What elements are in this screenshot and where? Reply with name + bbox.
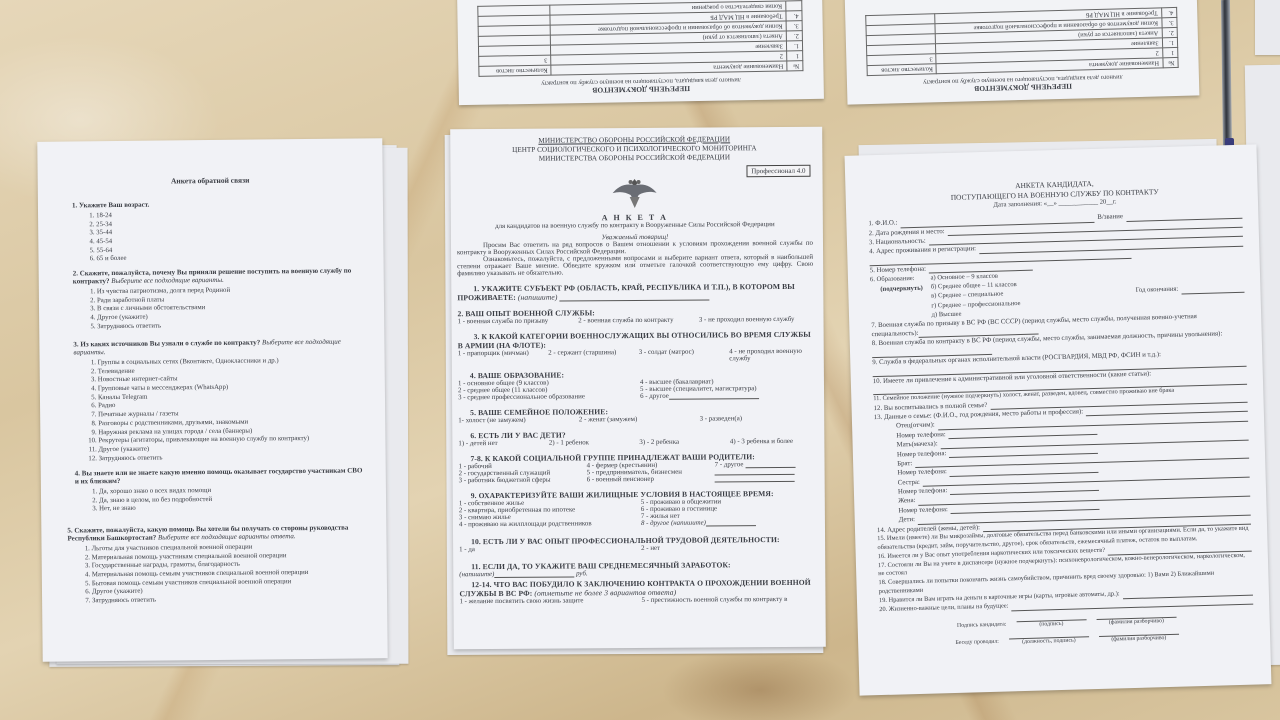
option[interactable]: 2 - военная служба по контракту xyxy=(578,317,693,325)
rank-label: В/звание xyxy=(1097,212,1123,222)
option[interactable]: Затрудняюсь ответить xyxy=(92,595,367,607)
option[interactable]: 1 - желание посвятить свою жизнь защите xyxy=(459,597,633,605)
option[interactable]: 3 - среднее профессиональное образование xyxy=(458,393,632,401)
option[interactable]: 3 - не проходил военную службу xyxy=(699,316,814,324)
question-12-14-options: 1 - желание посвятить свою жизнь защите … xyxy=(459,596,815,605)
family-fields: Отец(отчим): Номер телефона: Мать(мачеха… xyxy=(874,412,1251,526)
option[interactable]: 6 - другое xyxy=(640,392,814,400)
option[interactable]: 1 - военная служба по призыву xyxy=(458,317,573,325)
col-number: 3 xyxy=(479,55,551,66)
question-2-options: 1 - военная служба по призыву 2 - военна… xyxy=(458,316,814,325)
option[interactable]: 5 - престижность военной службы по контр… xyxy=(641,596,815,604)
option[interactable]: 1 - да xyxy=(459,545,633,553)
question-2: 2. Скажите, пожалуйста, почему Вы принял… xyxy=(73,266,365,331)
question-6-options: 1) - детей нет 2) - 1 ребенок 3) - 2 реб… xyxy=(458,438,814,447)
col-number: 1 xyxy=(1162,47,1178,57)
options-list: 18-24 25-34 35-44 45-54 55-64 65 и более xyxy=(72,209,364,264)
col-number: 3 xyxy=(867,54,937,66)
salary-input-row: (напишите) руб. xyxy=(459,569,815,578)
question-hint: Выберите все подходящие варианты. xyxy=(111,276,224,285)
option[interactable]: 4) - 3 ребенка и более xyxy=(730,438,815,446)
other-input-line[interactable] xyxy=(715,475,795,483)
option[interactable]: 4 - не проходил военную службу xyxy=(729,348,814,363)
question-5: 5. Скажите, пожалуйста, какую помощь Вы … xyxy=(67,523,367,606)
col-header: № xyxy=(1162,57,1178,67)
candidate-signature-row: Подпись кандидата: (подпись) (фамилия ра… xyxy=(880,614,1254,633)
option[interactable]: Затрудняюсь ответить xyxy=(97,320,364,331)
question-1-title: 1. УКАЖИТЕ СУБЪЕКТ РФ (ОБЛАСТЬ, КРАЙ, РЕ… xyxy=(457,282,813,302)
question-7-8-options: 1 - рабочий 4 - фермер (крестьянин) 7 - … xyxy=(459,461,815,484)
option[interactable]: 1 - прапорщик (мичман) xyxy=(458,350,543,365)
question-1: 1. Укажите Ваш возраст. 18-24 25-34 35-4… xyxy=(72,198,364,264)
question-10-options: 1 - да 2 - нет xyxy=(459,544,815,553)
options-list: Группы в социальных сетях (Вконтакте, Од… xyxy=(74,356,366,463)
partial-sheet-top-right xyxy=(1255,0,1280,55)
col-header: Количество листов xyxy=(479,65,551,76)
option[interactable]: 2 - женат (замужем) xyxy=(579,416,694,424)
question-text: Укажите Ваш возраст. xyxy=(79,201,150,210)
option[interactable]: 1) - детей нет xyxy=(458,440,543,448)
col-number: 1 xyxy=(786,51,802,61)
option[interactable]: 2 - сержант (старшина) xyxy=(548,349,633,364)
document-list-content: ПЕРЕЧЕНЬ ДОКУМЕНТОВ личного дела кандида… xyxy=(845,0,1200,105)
candidate-survey-sheet: Профессионал 4.0 МИНИСТЕРСТВО ОБОРОНЫ РО… xyxy=(450,127,826,650)
pen-icon[interactable] xyxy=(1221,0,1232,150)
instructions-paragraph: Ознакомьтесь, пожалуйста, с предложенным… xyxy=(457,254,813,277)
option[interactable]: 2 - нет xyxy=(641,544,815,552)
interviewer-signature-row: Беседу проводил: (должность, подпись) (ф… xyxy=(880,631,1254,650)
document-list-table: №Наименование документаКоличество листов… xyxy=(865,7,1178,76)
salary-input-line[interactable] xyxy=(494,576,574,578)
option[interactable]: 3) - 2 ребенка xyxy=(639,438,724,446)
document-list-sheet-center: ПЕРЕЧЕНЬ ДОКУМЕНТОВ личного дела кандида… xyxy=(457,0,824,105)
option[interactable]: 3 - солдат (матрос) xyxy=(639,348,724,363)
option[interactable]: 4 - проживаю на жилплощади родственников xyxy=(459,520,633,528)
graduation-year-label: Год окончания: xyxy=(1136,285,1179,295)
feedback-questionnaire-sheet: Анкета обратной связи 1. Укажите Ваш воз… xyxy=(37,138,387,662)
option[interactable]: 3 - работник бюджетной сферы xyxy=(459,476,581,484)
options-list: Льготы для участников специальной военно… xyxy=(68,542,368,606)
double-headed-eagle-emblem-icon xyxy=(612,175,658,209)
document-list-sheet-right: ПЕРЕЧЕНЬ ДОКУМЕНТОВ личного дела кандида… xyxy=(845,0,1200,105)
candidate-application-form-sheet: АНКЕТА КАНДИДАТА, ПОСТУПАЮЩЕГО НА ВОЕННУ… xyxy=(845,144,1272,695)
question-4-options: 1 - основное общее (9 классов) 4 - высше… xyxy=(458,378,814,401)
col-header: Количество листов xyxy=(867,64,937,76)
option[interactable]: 6 - военный пенсионер xyxy=(587,476,709,484)
question-5-options: 1- холост (не замужем) 2 - женат (замуже… xyxy=(458,415,814,424)
options-list: Из чувства патриотизма, долга перед Роди… xyxy=(73,285,364,331)
option[interactable]: 8 - другое (напишите) xyxy=(641,519,815,527)
region-input-line[interactable] xyxy=(560,299,710,301)
question-4: 4. Вы знаете или не знаете какую именно … xyxy=(75,466,366,514)
option[interactable]: 65 и более xyxy=(96,253,363,264)
question-3-options: 1 - прапорщик (мичман) 2 - сержант (стар… xyxy=(458,348,814,364)
question-text: Вы знаете или не знаете какую именно пом… xyxy=(75,466,363,485)
sheet-title: Анкета обратной связи xyxy=(38,174,383,187)
option[interactable]: 1- холост (не замужем) xyxy=(458,416,573,424)
form-subtitle: для кандидатов на военную службу по конт… xyxy=(457,221,813,230)
document-list-table: №Наименование документаКоличество листов… xyxy=(477,0,803,77)
option[interactable]: 2) - 1 ребенок xyxy=(549,439,634,447)
col-header: № xyxy=(787,61,803,71)
options-list: Да, хорошо знаю о всех видах помощи Да, … xyxy=(75,485,366,514)
document-list-content: ПЕРЕЧЕНЬ ДОКУМЕНТОВ личного дела кандида… xyxy=(457,0,824,105)
option[interactable]: 3 - разведен(а) xyxy=(700,415,815,423)
question-9-options: 1 - собственное жилье 5 - проживаю в общ… xyxy=(459,498,815,528)
question-3: 3. Из каких источников Вы узнали о служб… xyxy=(73,337,365,463)
question-text: Из каких источников Вы узнали о службе п… xyxy=(80,338,260,348)
ministry-header: МИНИСТЕРСТВО ОБОРОНЫ РОССИЙСКОЙ ФЕДЕРАЦИ… xyxy=(456,135,812,164)
question-hint: Выберите все подходящие варианты ответа. xyxy=(158,532,296,541)
